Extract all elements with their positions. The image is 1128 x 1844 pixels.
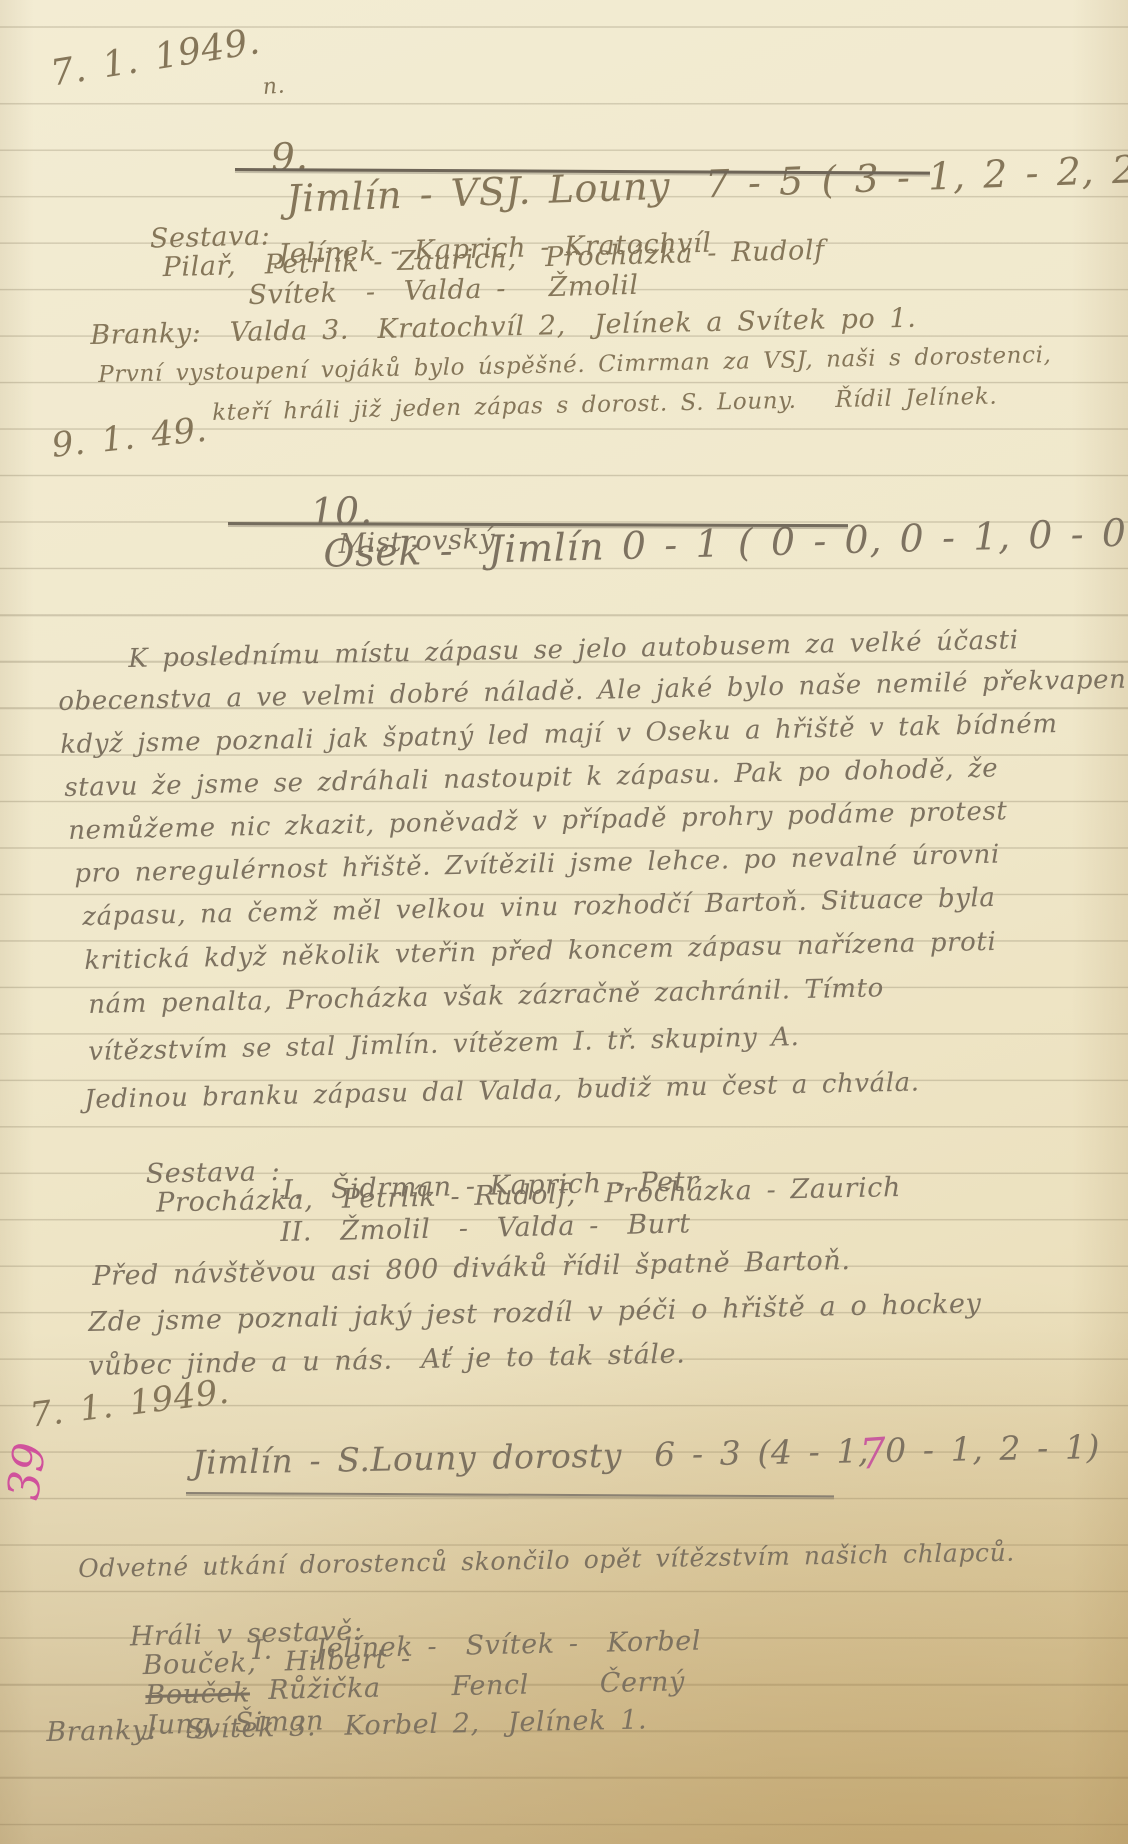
- paragraph-line: nemůžeme nic zkazit, poněvadž v případě …: [68, 797, 1008, 845]
- paragraph-line: vítězstvím se stal Jimlín. vítězem I. tř…: [88, 1023, 800, 1066]
- match-number-1: 9.: [270, 134, 309, 179]
- paragraph-line: obecenstva a ve velmi dobré náladě. Ale …: [58, 665, 1128, 716]
- paragraph-line: K poslednímu místu zápasu se jelo autobu…: [128, 626, 1019, 673]
- note-line: Odvetné utkání dorostenců skončilo opět …: [78, 1539, 1015, 1583]
- paragraph-line: zápasu, na čemž měl velkou vinu rozhodčí…: [82, 884, 996, 932]
- paragraph-line: Jedinou branku zápasu dal Valda, budiž m…: [84, 1069, 920, 1115]
- pink-margin-number: 39: [0, 1439, 56, 1502]
- pink-page-number: 7: [858, 1430, 888, 1478]
- match-subtitle-2: Mistrovský: [338, 525, 496, 560]
- closing-line: Před návštěvou asi 800 diváků řídil špat…: [92, 1246, 851, 1292]
- note-line: První vystoupení vojáků bylo úspěšné. Ci…: [98, 343, 1052, 388]
- notebook-page: 7. 1. 1949. n. 9. Jimlín - VSJ. Louny 7 …: [0, 0, 1128, 1844]
- heading-underline-3: [186, 1492, 834, 1497]
- paragraph-line: když jsme poznali jak špatný led mají v …: [60, 710, 1058, 759]
- match-title-3: Jimlín - S.Louny dorosty 6 - 3 (4 - 1, 0…: [192, 1429, 1100, 1481]
- paragraph-line: kritická když několik vteřin před koncem…: [84, 928, 997, 976]
- note-line: kteří hráli již jeden zápas s dorost. S.…: [212, 385, 998, 427]
- entry-date-3: 7. 1. 1949.: [28, 1374, 232, 1436]
- closing-line: vůbec jinde a u nás. Ať je to tak stále.: [88, 1339, 686, 1381]
- match-number-2: 10.: [310, 488, 373, 534]
- paragraph-line: stavu že jsme se zdráhali nastoupit k zá…: [64, 754, 998, 802]
- entry-date-1: 7. 1. 1949.: [48, 22, 263, 94]
- crossed-out-name: Bouček: [145, 1677, 250, 1711]
- lineup-line: II. Žmolil - Valda - Burt: [280, 1209, 691, 1247]
- closing-line: Zde jsme poznali jaký jest rozdíl v péči…: [88, 1289, 982, 1337]
- entry-date-2: 9. 1. 49.: [50, 412, 209, 465]
- lineup-label-2: Sestava :: [145, 1156, 280, 1190]
- paragraph-line: pro neregulérnost hřiště. Zvítězili jsme…: [74, 841, 1000, 889]
- paragraph-line: nám penalta, Procházka však zázračně zac…: [88, 974, 884, 1019]
- lineup-label-1: Sestava:: [149, 220, 270, 254]
- lineup-line: Růžička Fencl Černý: [268, 1667, 685, 1705]
